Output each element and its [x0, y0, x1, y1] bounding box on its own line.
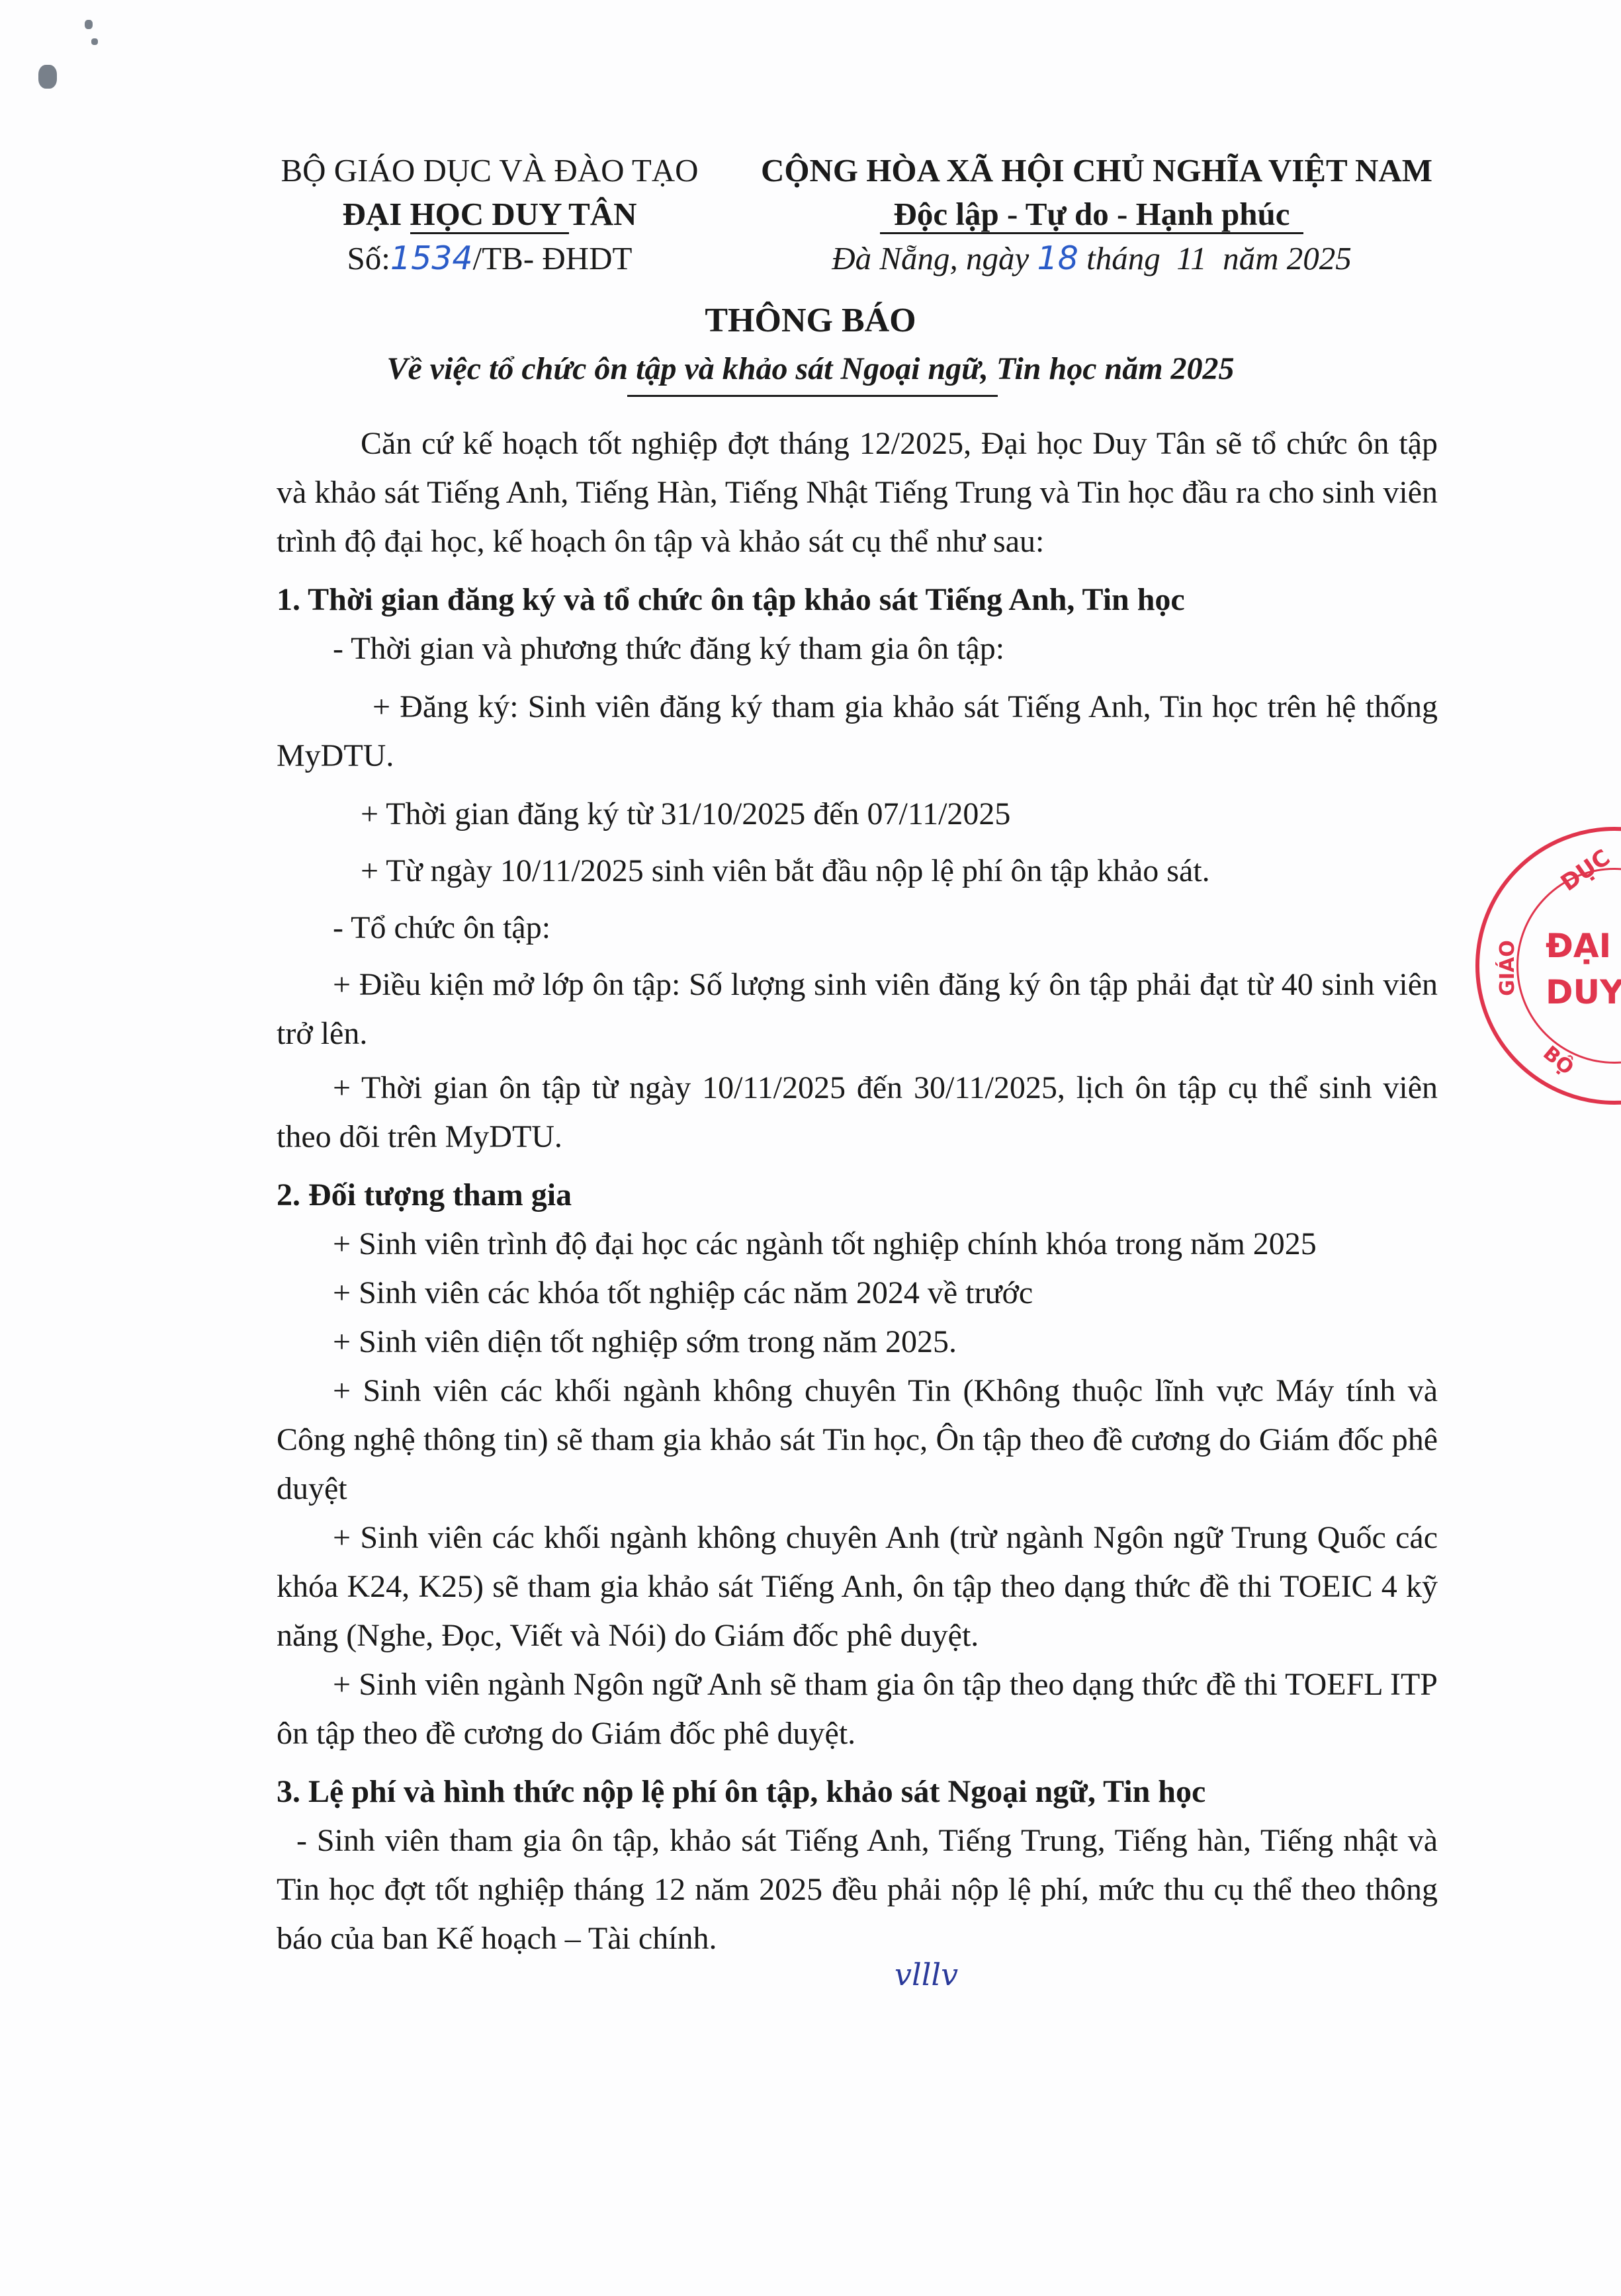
- stamp-center-line2: DUY T: [1546, 973, 1621, 1011]
- section-2-item: + Sinh viên các khối ngành không chuyên …: [277, 1367, 1438, 1513]
- scan-speck: [38, 65, 57, 89]
- header-issuer-block: BỘ GIÁO DỤC VÀ ĐÀO TẠO ĐẠI HỌC DUY TÂN S…: [278, 149, 701, 280]
- header-national-block: CỘNG HÒA XÃ HỘI CHỦ NGHĨA VIỆT NAM Độc l…: [761, 149, 1423, 280]
- number-handwritten: 1534: [390, 239, 473, 277]
- section-1-item: + Thời gian đăng ký từ 31/10/2025 đến 07…: [277, 790, 1438, 839]
- number-suffix: /TB- ĐHDT: [473, 240, 633, 276]
- date-day-handwritten: 18: [1037, 239, 1078, 277]
- section-1-item: + Đăng ký: Sinh viên đăng ký tham gia kh…: [277, 683, 1438, 781]
- document-title: THÔNG BÁO: [0, 301, 1621, 340]
- official-stamp: DỤC GIÁO BỘ ĐẠI H DUY T: [1475, 827, 1621, 1105]
- section-2-item: + Sinh viên trình độ đại học các ngành t…: [277, 1220, 1438, 1269]
- section-2-item: + Sinh viên các khối ngành không chuyên …: [277, 1513, 1438, 1660]
- section-2-item: + Sinh viên diện tốt nghiệp sớm trong nă…: [277, 1318, 1438, 1367]
- section-3-item: - Sinh viên tham gia ôn tập, khảo sát Ti…: [277, 1816, 1438, 1963]
- section-2-item: + Sinh viên ngành Ngôn ngữ Anh sẽ tham g…: [277, 1660, 1438, 1758]
- document-subtitle: Về việc tổ chức ôn tập và khảo sát Ngoại…: [0, 351, 1621, 387]
- scan-speck: [91, 38, 98, 45]
- section-2-heading: 2. Đối tượng tham gia: [277, 1171, 1438, 1220]
- scan-speck: [85, 20, 93, 29]
- national-motto: Độc lập - Tự do - Hạnh phúc: [761, 192, 1423, 236]
- university-name: ĐẠI HỌC DUY TÂN: [278, 192, 701, 236]
- stamp-inner-ring: [1516, 868, 1621, 1064]
- section-1-item: - Tổ chức ôn tập:: [277, 904, 1438, 953]
- document-date: Đà Nẵng, ngày 18 tháng 11 năm 2025: [761, 237, 1423, 280]
- section-1-heading: 1. Thời gian đăng ký và tổ chức ôn tập k…: [277, 575, 1438, 624]
- date-suffix: tháng 11 năm 2025: [1086, 240, 1352, 276]
- section-1-item: + Điều kiện mở lớp ôn tập: Số lượng sinh…: [277, 960, 1438, 1058]
- country-name: CỘNG HÒA XÃ HỘI CHỦ NGHĨA VIỆT NAM: [761, 149, 1423, 192]
- initials-signature: vlllv: [895, 1957, 958, 1992]
- stamp-ring-left: GIÁO: [1496, 940, 1519, 996]
- intro-paragraph: Căn cứ kế hoạch tốt nghiệp đợt tháng 12/…: [277, 419, 1438, 566]
- number-prefix: Số:: [347, 240, 390, 276]
- subtitle-underline: [627, 395, 998, 397]
- section-3-heading: 3. Lệ phí và hình thức nộp lệ phí ôn tập…: [277, 1767, 1438, 1816]
- section-1-item: + Từ ngày 10/11/2025 sinh viên bắt đầu n…: [277, 847, 1438, 896]
- document-number: Số:1534/TB- ĐHDT: [278, 237, 701, 280]
- stamp-center-line1: ĐẠI H: [1546, 927, 1621, 965]
- date-prefix: Đà Nẵng, ngày: [832, 240, 1029, 276]
- document-body: Căn cứ kế hoạch tốt nghiệp đợt tháng 12/…: [277, 415, 1438, 1963]
- ministry-name: BỘ GIÁO DỤC VÀ ĐÀO TẠO: [278, 149, 701, 192]
- section-1-item: - Thời gian và phương thức đăng ký tham …: [277, 624, 1438, 673]
- section-1-item: + Thời gian ôn tập từ ngày 10/11/2025 đế…: [277, 1064, 1438, 1162]
- section-2-item: + Sinh viên các khóa tốt nghiệp các năm …: [277, 1269, 1438, 1318]
